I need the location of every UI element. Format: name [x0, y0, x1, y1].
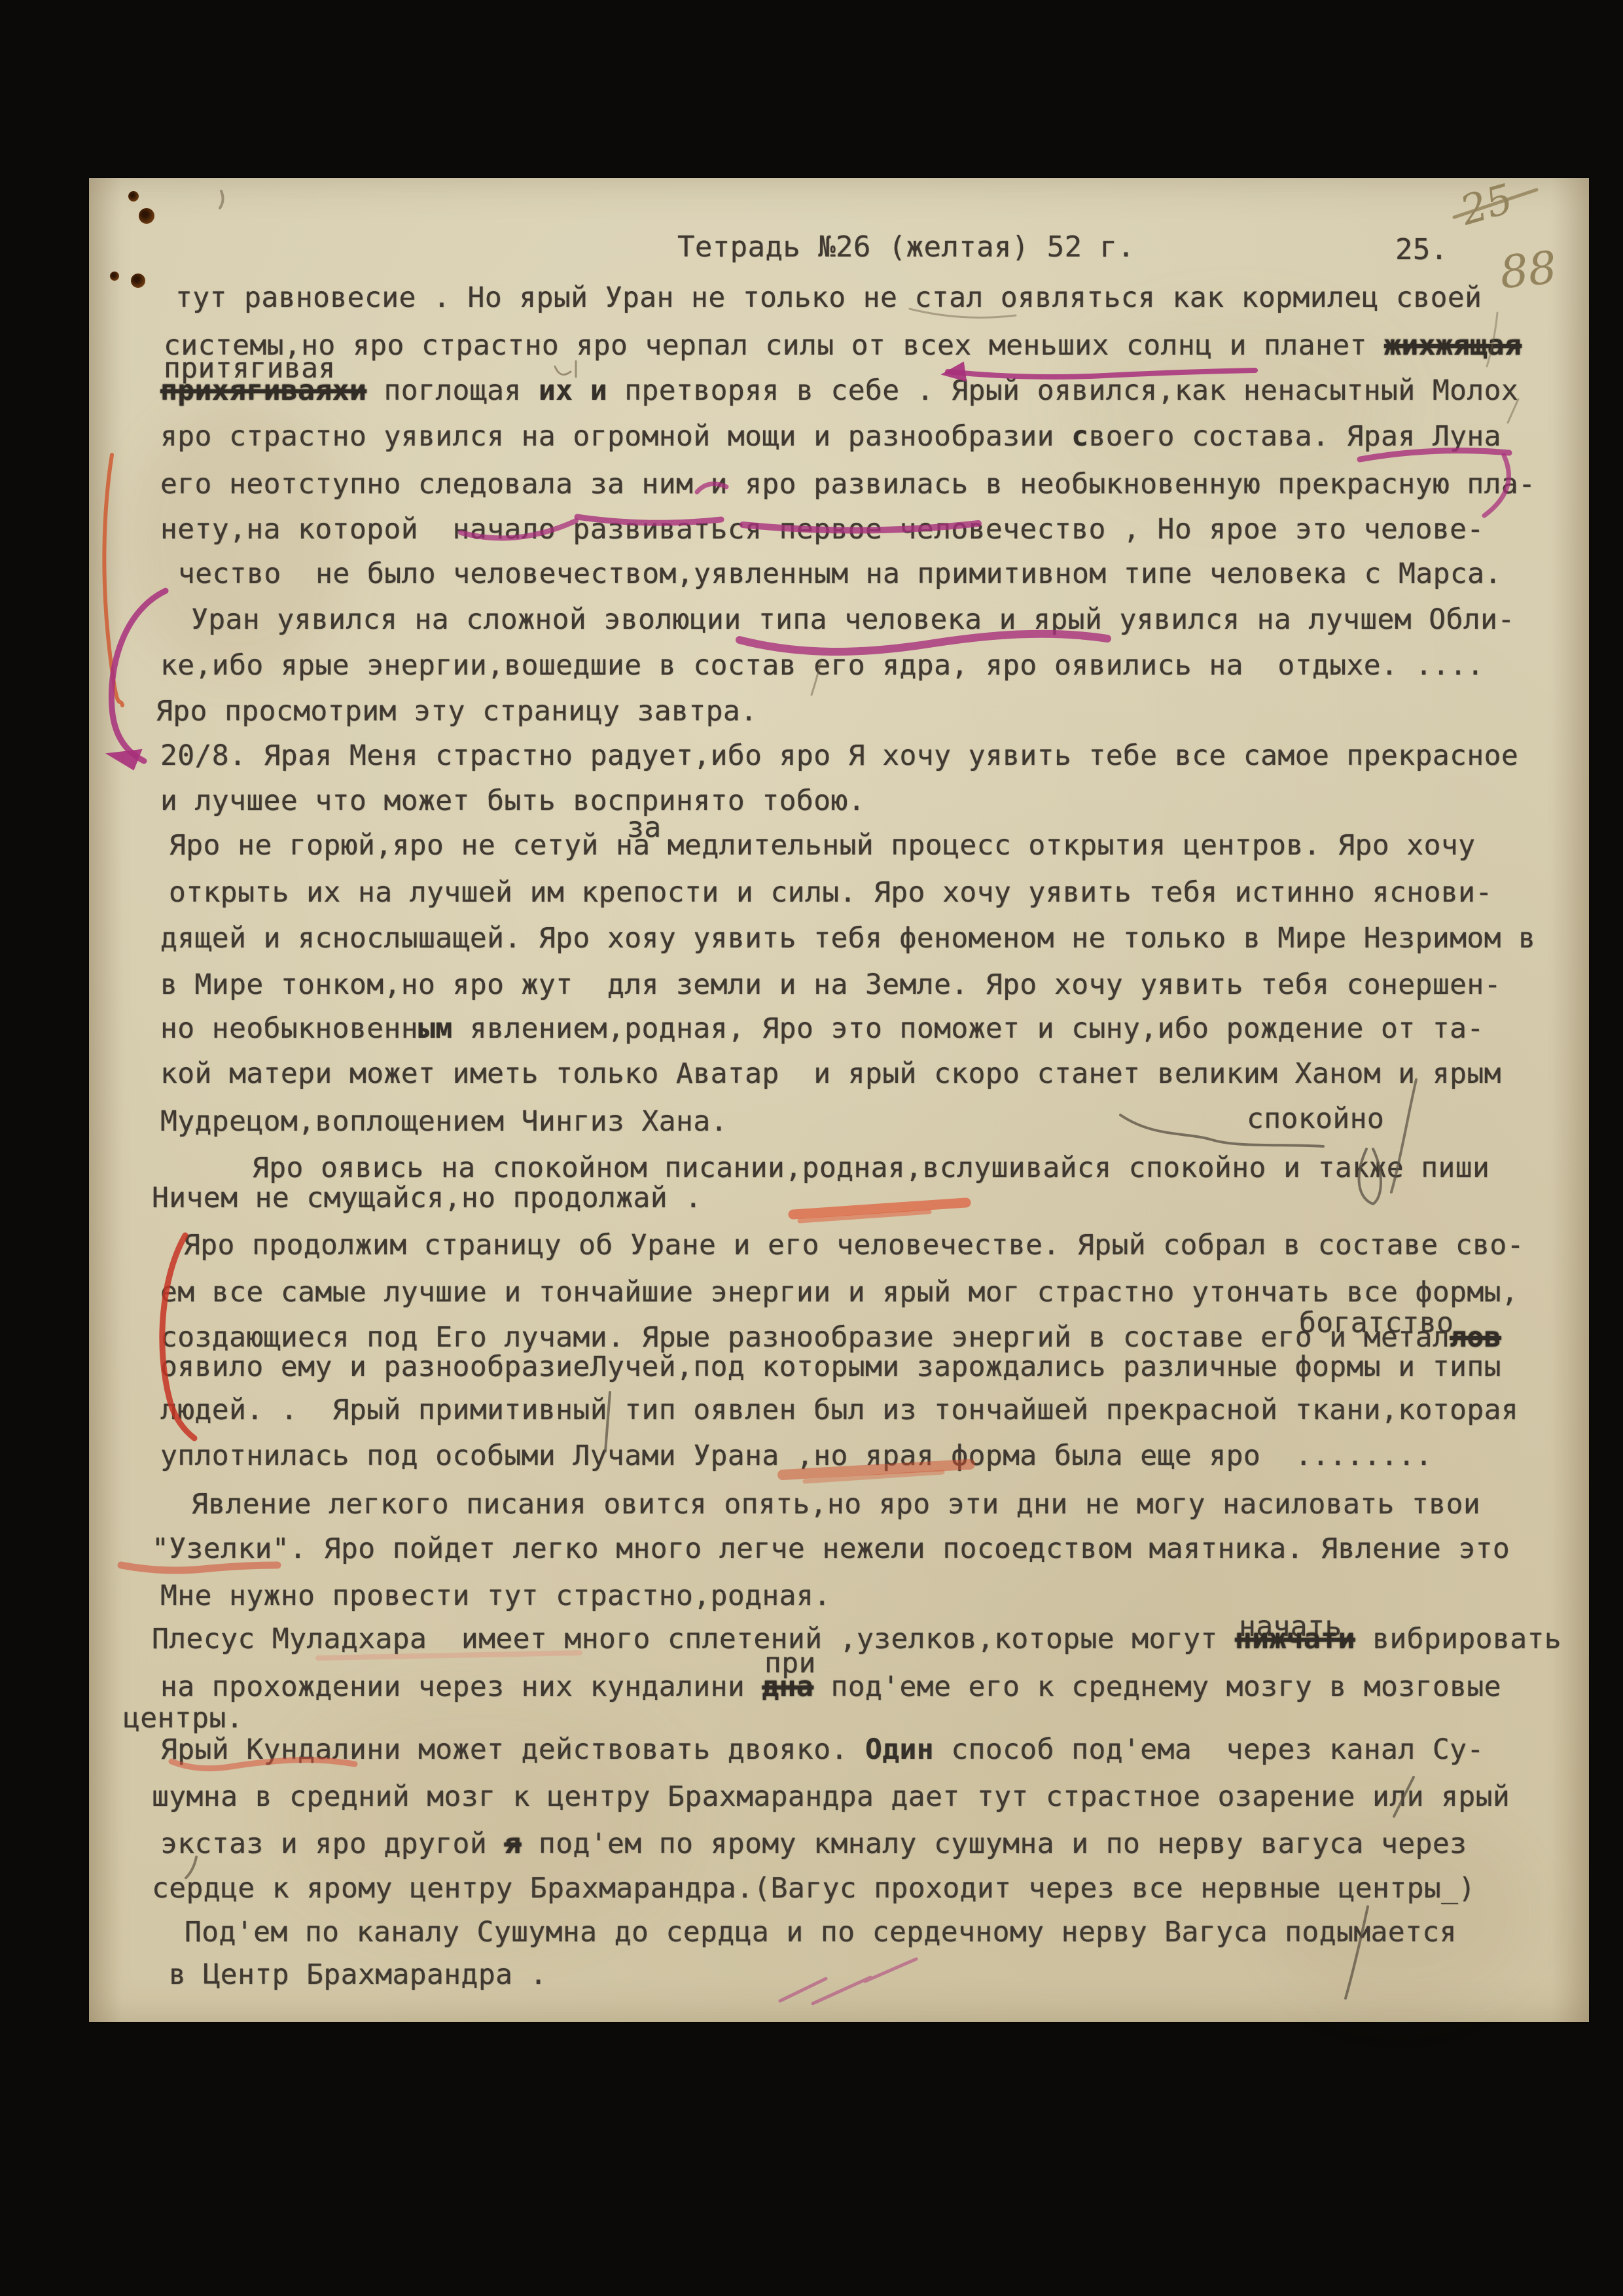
rust-spot: [128, 191, 139, 202]
typed-line: яро страстно уявился на огромной мощи и …: [160, 422, 1501, 451]
typed-line: открыть их на лучшей им крепости и силы.…: [169, 878, 1493, 908]
scanned-typescript-page: { "header": { "title": "Тетрадь №26 (жел…: [0, 0, 1623, 2296]
typed-line: Яро продолжим страницу об Уране и его че…: [183, 1231, 1524, 1260]
typed-line: в Центр Брахмарандра .: [169, 1960, 547, 1990]
rust-spot: [131, 274, 145, 288]
typed-line: Ничем не смущайся,но продолжай .: [152, 1184, 702, 1213]
typed-line: нету,на которой начало развиваться перво…: [160, 515, 1484, 544]
typed-line: но необыкновенным явлением,родная, Яро э…: [160, 1014, 1484, 1044]
typed-line: кой матери может иметь только Аватар и я…: [160, 1059, 1501, 1089]
paper-stain: [285, 1683, 678, 1945]
typed-line: в Мире тонком,но яро жут для земли и на …: [160, 970, 1501, 1000]
typed-line: Яро оявись на спокойном писании,родная,в…: [252, 1154, 1489, 1183]
typed-line: ем все самые лучшие и тончайшие энергии …: [160, 1278, 1518, 1307]
typed-line: оявило ему и разнообразиеЛучей,под котор…: [160, 1352, 1501, 1382]
typed-line: Мудрецом,воплощением Чингиз Хана.: [160, 1107, 728, 1137]
typed-line: спокойно: [1247, 1104, 1384, 1134]
typed-line: создающиеся под Его лучами. Ярые разнооб…: [160, 1323, 1501, 1352]
typed-line: Мне нужно провести тут страстно,родная.: [160, 1581, 830, 1611]
rust-spot: [110, 272, 119, 281]
typed-line: 20/8. Ярая Меня страстно радует,ибо яро …: [160, 741, 1518, 771]
typed-line: сердце к ярому центру Брахмарандра.(Вагу…: [152, 1874, 1476, 1903]
typed-line: системы,но яро страстно яро черпал силы …: [164, 331, 1522, 361]
typed-line: прихягиваяхи поглощая их и претворяя в с…: [160, 376, 1518, 406]
typed-line: Плесус Муладхара имеет много сплетений ,…: [152, 1625, 1561, 1654]
typed-line: Яро не горюй,яро не сетуй на медлительны…: [169, 831, 1475, 860]
typed-line: экстаз и яро другой я под'ем по ярому км…: [160, 1829, 1467, 1859]
typed-line: тут равновесие . Но ярый Уран не только …: [175, 283, 1482, 313]
typed-line: людей. . Ярый примитивный тип оявлен был…: [160, 1396, 1518, 1425]
page-number-typed: 25.: [1395, 233, 1448, 266]
typed-line: центры.: [123, 1704, 243, 1733]
rust-spot: [139, 208, 154, 224]
typed-line: дящей и яснослышащей. Яро хояу уявить те…: [160, 924, 1535, 953]
typed-line: на прохождении через них кундалини дна п…: [160, 1672, 1501, 1702]
typed-line: Под'ем по каналу Сушумна до сердца и по …: [185, 1918, 1457, 1947]
typed-line: уплотнилась под особыми Лучами Урана ,но…: [160, 1441, 1433, 1471]
typed-line: ке,ибо ярые энергии,вошедшие в состав ег…: [160, 651, 1484, 680]
typed-line: и лучшее что может быть воспринято тобою…: [160, 786, 865, 816]
notebook-title: Тетрадь №26 (желтая) 52 г.: [677, 230, 1135, 264]
typed-line: шумна в средний мозг к центру Брахмаранд…: [152, 1782, 1510, 1812]
typed-line: "Узелки". Яро пойдет легко много легче н…: [152, 1534, 1510, 1564]
typed-line: Уран уявился на сложной эволюции типа че…: [191, 605, 1515, 635]
typed-line: Яро просмотрим эту страницу завтра.: [156, 697, 757, 726]
typed-line: Явление легкого писания овится опять,но …: [191, 1490, 1480, 1519]
typed-line: чество не было человечеством,уявленным н…: [178, 559, 1502, 589]
typed-line: его неотступно следовала за ним и яро ра…: [160, 470, 1535, 499]
typed-line: Ярый Кундалини может действовать двояко.…: [160, 1735, 1484, 1765]
